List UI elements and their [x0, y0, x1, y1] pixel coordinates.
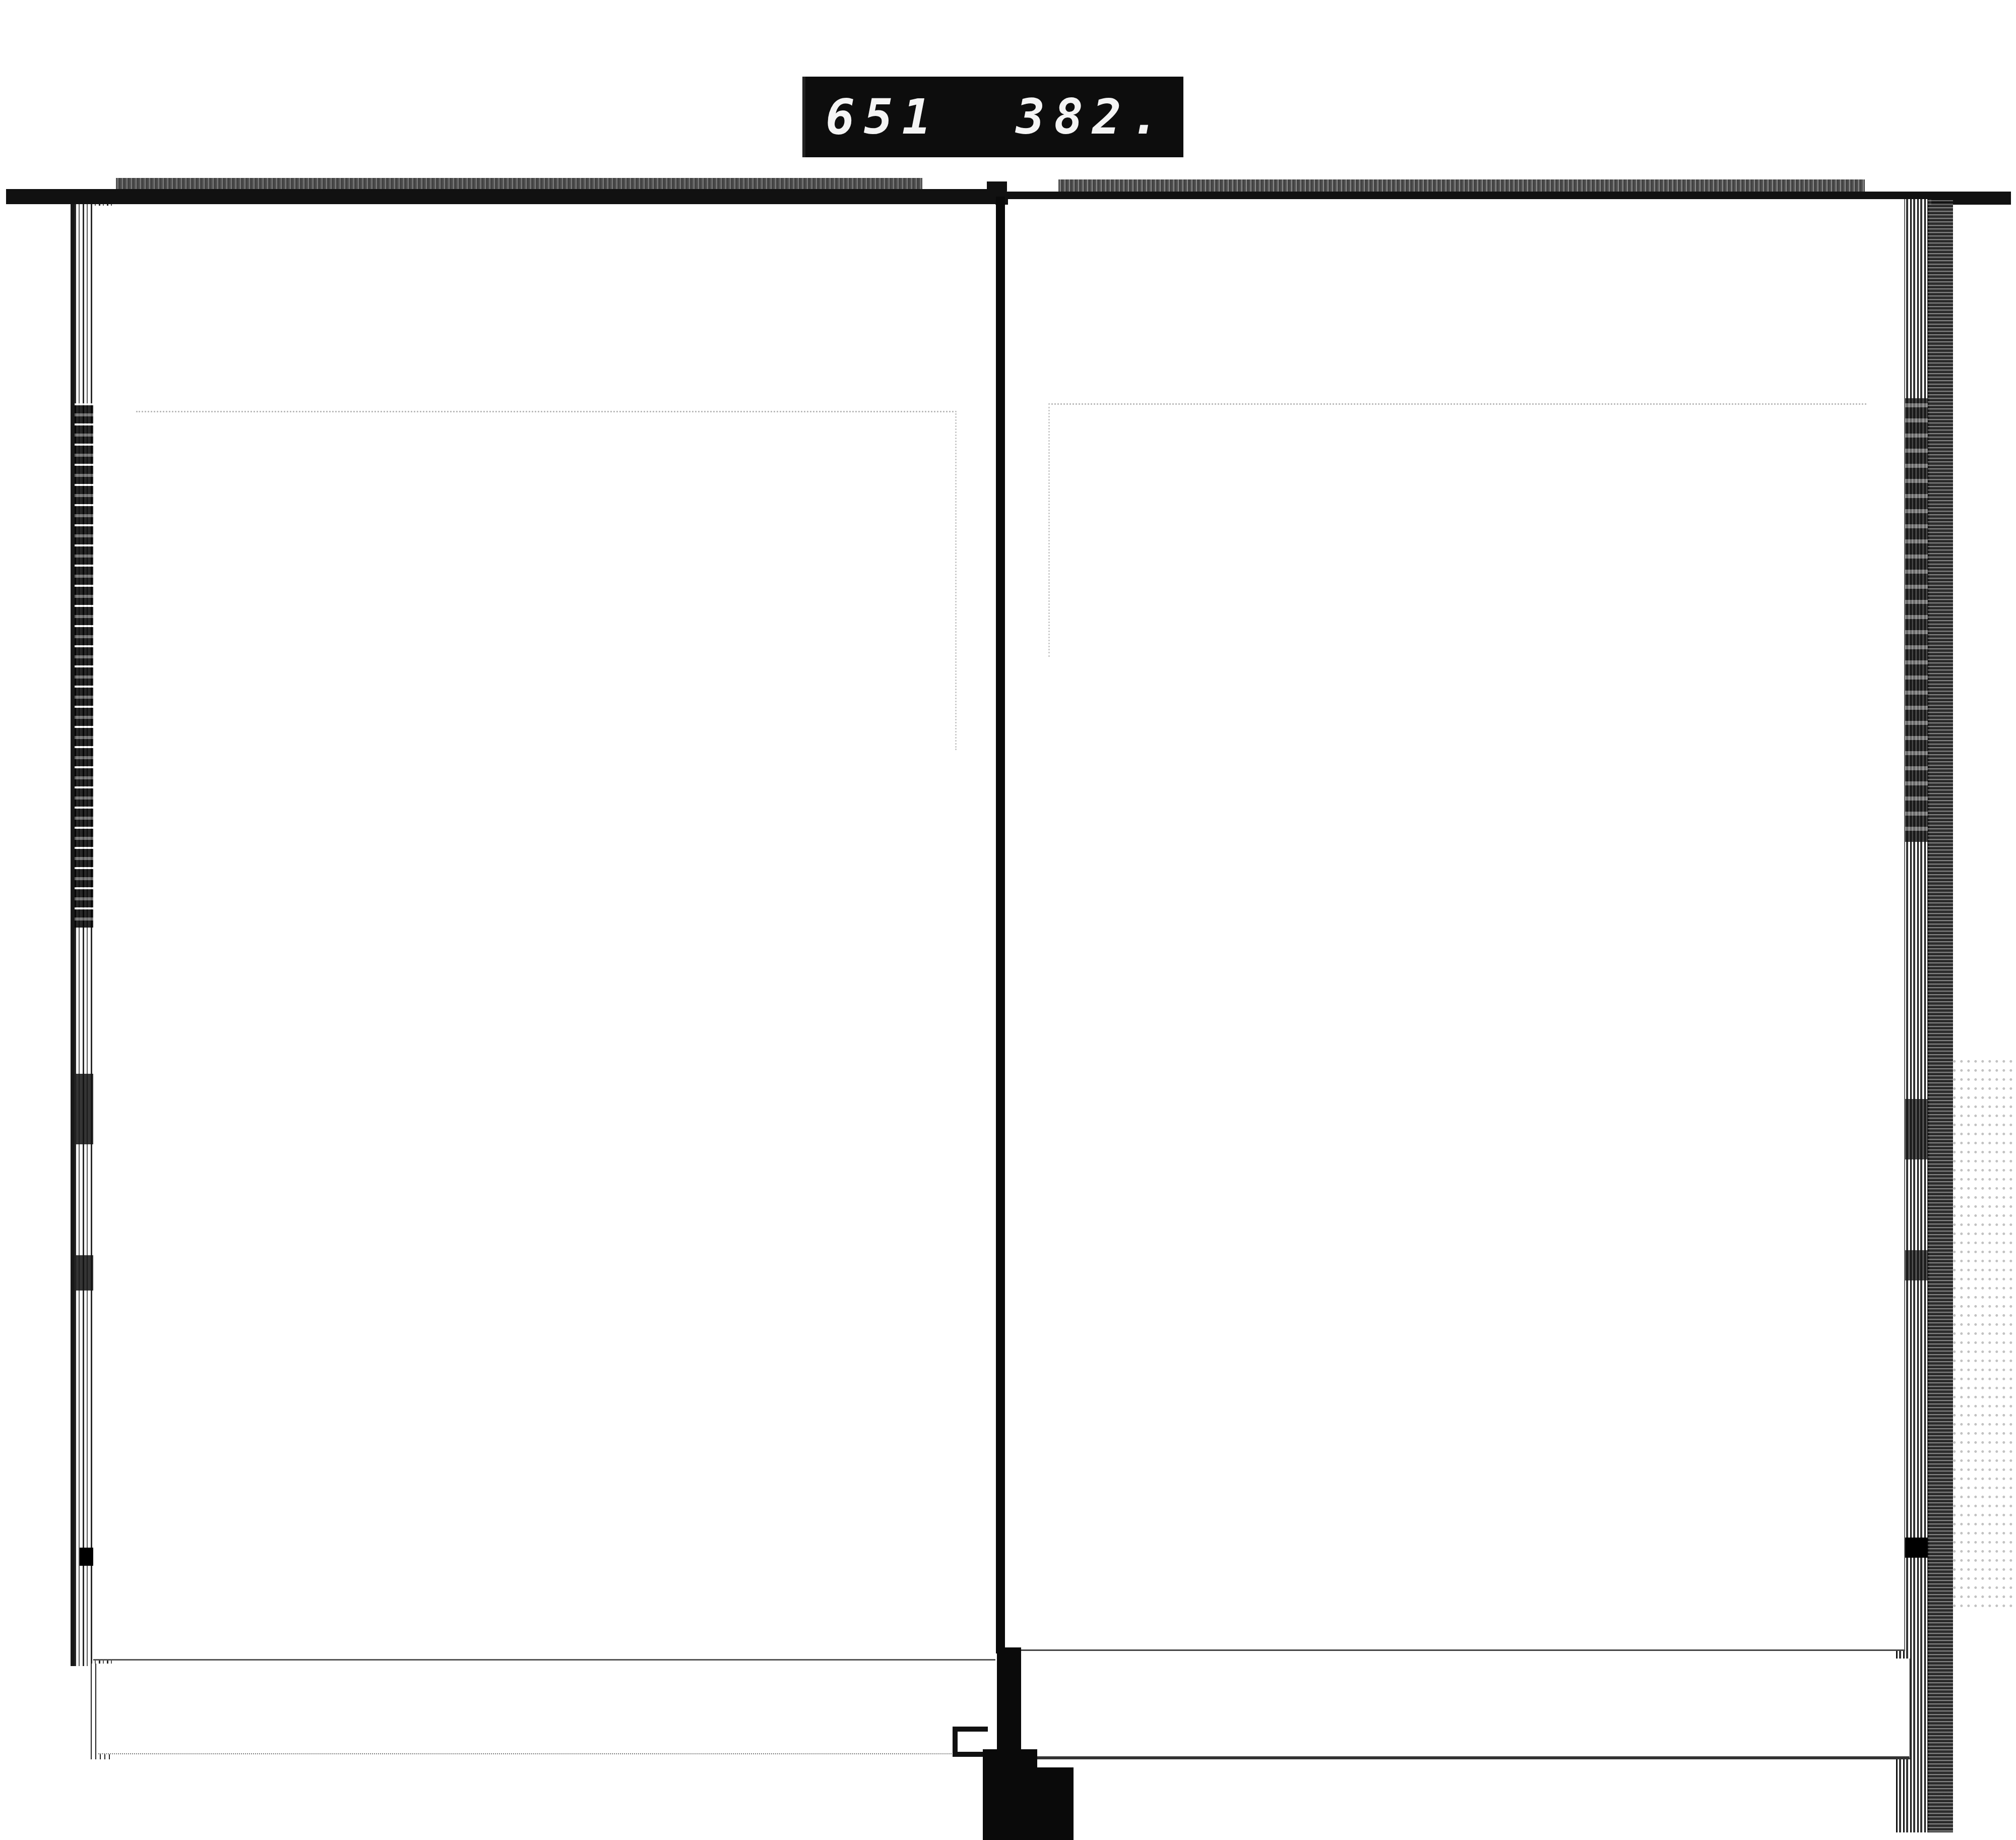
right-fore-edge-shadow [1928, 199, 1953, 1832]
top-clamp-bar-left [6, 189, 999, 204]
top-clamp-shadow-right [1058, 179, 1865, 192]
left-page-faint-frame [136, 411, 957, 750]
right-background-speckle [1953, 1059, 2013, 1613]
left-page-underlay [98, 1664, 995, 1754]
frame-counter: 651 382. [802, 77, 1183, 157]
spine-clamp-upper [997, 1647, 1021, 1753]
spine-clamp-foot [953, 1727, 988, 1757]
right-page-faint-frame [1048, 403, 1866, 657]
center-spine-rod [996, 197, 1005, 1653]
frame-counter-left-digits: 651 [826, 89, 940, 145]
right-page-underlay [1023, 1659, 1910, 1759]
frame-counter-right-digits: 382. [1016, 89, 1168, 145]
spine-clamp-base [983, 1749, 1074, 1840]
